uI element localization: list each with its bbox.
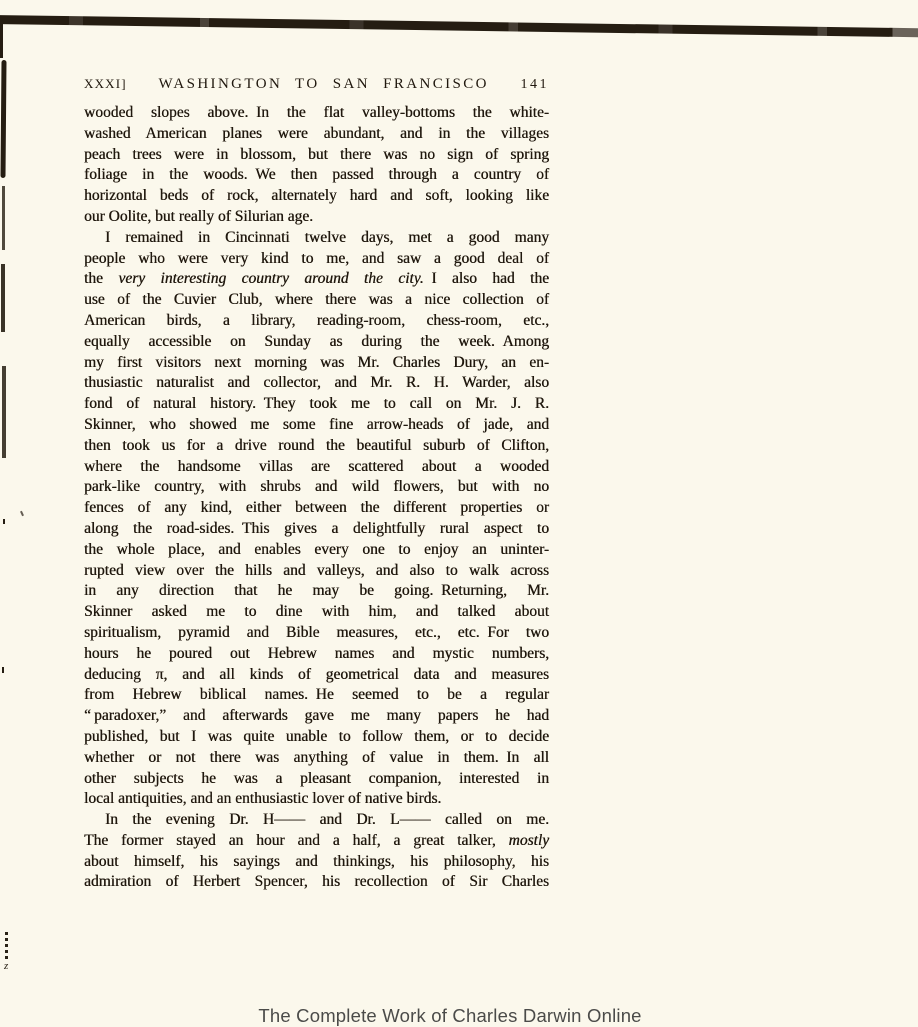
- scan-edge-artifact: [20, 511, 24, 516]
- text-line: where the handsome villas are scattered …: [84, 457, 549, 478]
- text-line: use of the Cuvier Club, where there was …: [84, 290, 549, 311]
- scan-edge-artifact: [3, 519, 5, 524]
- text-line: wooded slopes above. In the flat valley-…: [84, 103, 549, 124]
- chapter-number: XXXI]: [84, 76, 127, 92]
- text-line: deducing π, and all kinds of geometrical…: [84, 665, 549, 686]
- text-line: fond of natural history. They took me to…: [84, 394, 549, 415]
- text-line: from Hebrew biblical names. He seemed to…: [84, 685, 549, 706]
- text-line: local antiquities, and an enthusiastic l…: [84, 789, 549, 810]
- text-line: published, but I was quite unable to fol…: [84, 727, 549, 748]
- scan-edge-bar-top: [0, 15, 918, 37]
- text-line: spiritualism, pyramid and Bible measures…: [84, 623, 549, 644]
- margin-z-mark: z: [4, 960, 8, 972]
- site-caption: The Complete Work of Charles Darwin Onli…: [0, 1005, 900, 1027]
- text-line: I remained in Cincinnati twelve days, me…: [84, 228, 549, 249]
- text-line: our Oolite, but really of Silurian age.: [84, 207, 549, 228]
- text-line: people who were very kind to me, and saw…: [84, 249, 549, 270]
- text-line: thusiastic naturalist and collector, and…: [84, 373, 549, 394]
- page-title: WASHINGTON TO SAN FRANCISCO: [127, 76, 521, 93]
- text-line: washed American planes were abundant, an…: [84, 124, 549, 145]
- running-head: XXXI] WASHINGTON TO SAN FRANCISCO 141: [84, 76, 549, 93]
- scan-edge-artifact: [2, 186, 5, 250]
- margin-dash-mark: [5, 932, 8, 960]
- text-line: other subjects he was a pleasant compani…: [84, 769, 549, 790]
- text-line: fences of any kind, either between the d…: [84, 498, 549, 519]
- text-line: equally accessible on Sunday as during t…: [84, 332, 549, 353]
- text-line: In the evening Dr. H—— and Dr. L—— calle…: [84, 810, 549, 831]
- text-line: foliage in the woods. We then passed thr…: [84, 165, 549, 186]
- text-line: Skinner, who showed me some fine arrow-h…: [84, 415, 549, 436]
- text-line: about himself, his sayings and thinkings…: [84, 852, 549, 873]
- page-number: 141: [521, 77, 550, 93]
- text-line: in any direction that he may be going. R…: [84, 581, 549, 602]
- text-line: American birds, a library, reading-room,…: [84, 311, 549, 332]
- scan-edge-artifact: [0, 60, 6, 178]
- text-line: Skinner asked me to dine with him, and t…: [84, 602, 549, 623]
- text-line: the whole place, and enables every one t…: [84, 540, 549, 561]
- scan-edge-artifact: [0, 16, 3, 58]
- scan-edge-artifact: [2, 366, 6, 458]
- text-line: rupted view over the hills and valleys, …: [84, 561, 549, 582]
- scan-edge-artifact: [2, 667, 4, 673]
- scan-edge-artifact: [1, 264, 5, 332]
- text-line: the very interesting country around the …: [84, 269, 549, 290]
- text-line: hours he poured out Hebrew names and mys…: [84, 644, 549, 665]
- text-line: “ paradoxer,” and afterwards gave me man…: [84, 706, 549, 727]
- scanned-book-page: z XXXI] WASHINGTON TO SAN FRANCISCO 141 …: [0, 0, 918, 1027]
- text-line: admiration of Herbert Spencer, his recol…: [84, 872, 549, 893]
- text-line: The former stayed an hour and a half, a …: [84, 831, 549, 852]
- text-line: then took us for a drive round the beaut…: [84, 436, 549, 457]
- text-line: along the road-sides. This gives a delig…: [84, 519, 549, 540]
- text-line: park-like country, with shrubs and wild …: [84, 477, 549, 498]
- page-body-text: wooded slopes above. In the flat valley-…: [84, 103, 549, 893]
- text-line: whether or not there was anything of val…: [84, 748, 549, 769]
- text-line: peach trees were in blossom, but there w…: [84, 145, 549, 166]
- text-line: my first visitors next morning was Mr. C…: [84, 353, 549, 374]
- text-line: horizontal beds of rock, alternately har…: [84, 186, 549, 207]
